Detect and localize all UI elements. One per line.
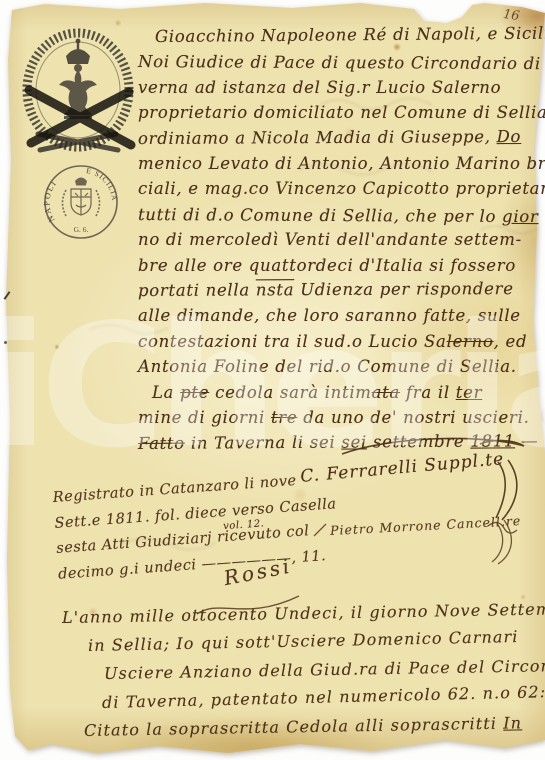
- body-line-17-underlined-sei: sei: [341, 432, 367, 451]
- body-line-9: no di mercoledì Venti dell'andante sette…: [138, 227, 545, 252]
- summons-body-text: Gioacchino Napoleone Ré di Napoli, e Sic…: [138, 24, 545, 456]
- body-line-17-underlined-year: 1811: [470, 431, 515, 450]
- registration-interline-volume: vol. 12.: [222, 511, 265, 539]
- body-line-16-text: mine di giorni: [138, 408, 271, 427]
- body-line-3: verna ad istanza del Sig.r Lucio Salerno: [138, 75, 545, 100]
- body-line-12: alle dimande, che loro saranno fatte, su…: [138, 303, 545, 328]
- body-line-8-text: tutti di d.o Comune di Sellia, che per l…: [138, 205, 502, 226]
- body-line-17-dash: —: [515, 431, 538, 450]
- body-line-15-struck-2: ata: [372, 383, 400, 402]
- body-line-13: contestazioni tra il sud.o Lucio Salerno…: [138, 329, 545, 354]
- body-line-11: portati nella nsta Udienza per risponder…: [138, 276, 545, 304]
- napoli-sicilia-round-stamp: NAPOLI E SICILIA G. 6.: [42, 163, 120, 241]
- body-line-11-text: portati nella: [138, 280, 256, 300]
- body-line-17-mid: settembre: [367, 431, 470, 451]
- registration-note: Registrato in Catanzaro li nove Sett.e 1…: [52, 466, 341, 587]
- body-line-16-struck: tre: [271, 408, 297, 427]
- body-line-8: tutti di d.o Comune di Sellia, che per l…: [138, 202, 545, 230]
- body-line-10: bre alle ore quattordeci d'Italia si fos…: [138, 253, 545, 278]
- body-line-15-text: La: [152, 383, 180, 402]
- body-line-15-struck-1: pte: [180, 383, 209, 402]
- body-line-7: ciali, e mag.co Vincenzo Capicotto propr…: [138, 176, 545, 201]
- body-line-5: ordiniamo a Nicola Madia di Giuseppe, Do: [138, 123, 545, 151]
- body-line-16: mine di giorni tre da uno de' nostri usc…: [138, 405, 545, 430]
- body-line-2: Noi Giudice di Pace di questo Circondari…: [138, 49, 545, 77]
- body-line-15-rest: fra il: [400, 383, 456, 402]
- body-line-16-rest: da uno de' nostri uscieri.: [297, 408, 529, 427]
- body-line-8-underlined: gior: [502, 207, 539, 226]
- body-line-13-struck: lerno: [447, 332, 494, 351]
- stamp-text-bottom: G. 6.: [74, 225, 89, 234]
- scanned-document-1811: NAPOLI E SICILIA G. 6. 16 Gioacchino Nap…: [0, 0, 545, 760]
- body-line-14: Antonia Foline del rid.o Comune di Selli…: [138, 354, 545, 379]
- coat-of-arms-shield: [71, 189, 91, 215]
- small-crown-icon: [75, 178, 87, 186]
- body-line-13-text: contestazioni tra il sud.o Lucio Sa: [138, 332, 447, 351]
- body-line-17-struck: Fatto: [138, 433, 185, 452]
- body-line-5-text: ordiniamo a Nicola Madia di Giuseppe,: [138, 127, 497, 148]
- body-line-6: menico Levato di Antonio, Antonio Marino…: [138, 151, 545, 176]
- body-line-15-underlined: ter: [456, 383, 482, 402]
- closing-line-5-underlined: In: [503, 713, 522, 732]
- body-line-11-rest: Udienza per rispondere: [294, 279, 514, 299]
- body-line-13-rest: , ed: [494, 332, 528, 351]
- body-line-4: proprietario domiciliato nel Comune di S…: [138, 100, 545, 125]
- eagle-wreath-revenue-stamp: [18, 22, 138, 154]
- stamp-text-left: NAPOLI: [42, 178, 59, 224]
- body-line-15: La pte cedola sarà intimata fra il ter: [152, 380, 545, 405]
- margin-dust-speck: [4, 341, 7, 344]
- body-line-17-text: in Taverna li sei: [185, 432, 342, 452]
- body-line-5-underlined: Do: [497, 127, 522, 146]
- body-line-15-mid: cedola sarà intim: [209, 383, 371, 402]
- body-line-1: Gioacchino Napoleone Ré di Napoli, e Sic…: [155, 20, 545, 49]
- body-line-11-abbreviation: nsta: [256, 280, 294, 299]
